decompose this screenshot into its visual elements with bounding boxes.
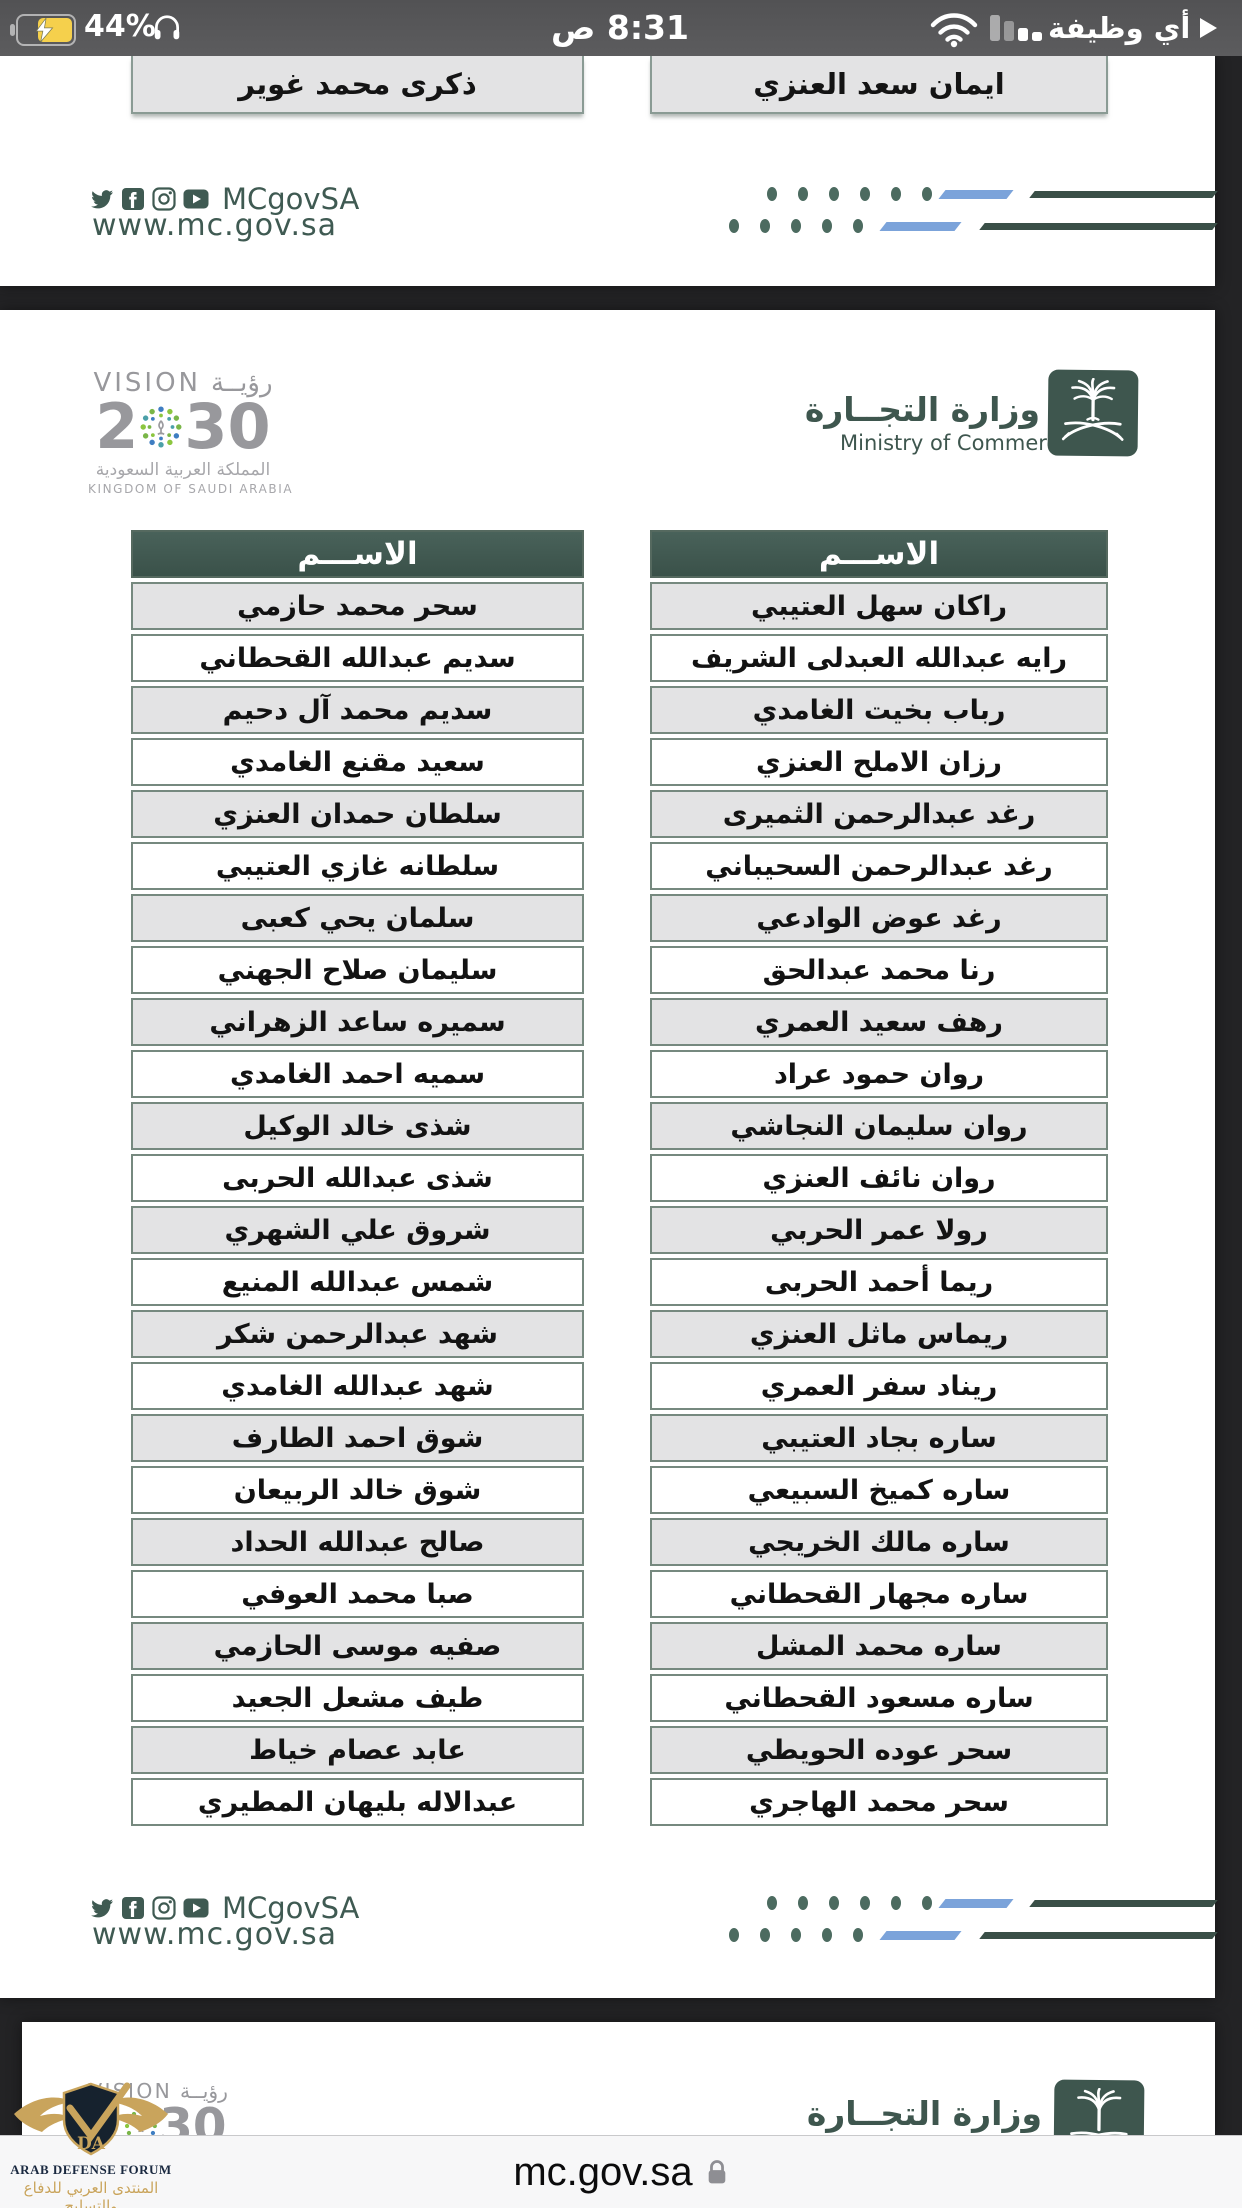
- table-row: سلطان حمدان العنزي: [131, 790, 584, 838]
- footer-decor-row-1: [767, 1896, 1215, 1910]
- table-row: ريماس ماثل العنزي: [650, 1310, 1108, 1358]
- vision-kingdom-arabic: المملكة العربية السعودية: [88, 460, 278, 480]
- table-row: روان حمود عراد: [650, 1050, 1108, 1098]
- browser-address-bar[interactable]: mc.gov.sa: [0, 2135, 1242, 2208]
- table-row: سعيد مقنع الغامدي: [131, 738, 584, 786]
- ministry-name-english: Ministry of Commerce: [840, 431, 1040, 455]
- ministry-emblem: [1048, 370, 1139, 457]
- footer-decor-row-1: [767, 187, 1215, 201]
- ministry-logo-text: وزارة التجــارة Ministry of Commerce: [840, 390, 1040, 455]
- table-row: ساره كميخ السبيعي: [650, 1466, 1108, 1514]
- table-row: سحر محمد حازمي: [131, 582, 584, 630]
- table-row: عابد عصام خياط: [131, 1726, 584, 1774]
- battery-percent: 44%: [84, 9, 156, 44]
- table-row: رايه عبدالله العبدلى الشريف: [650, 634, 1108, 682]
- footer-decor-row-2: [729, 1928, 1215, 1942]
- table-row: سليمان صلاح الجهني: [131, 946, 584, 994]
- table-row: رغد عبدالرحمن السحيباني: [650, 842, 1108, 890]
- browser-url[interactable]: mc.gov.sa: [513, 2150, 692, 2195]
- partial-name-cell-right: ايمان سعد العنزي: [650, 56, 1108, 114]
- table-row: ساره محمد المشل: [650, 1622, 1108, 1670]
- table-row: سحر محمد الهاجري: [650, 1778, 1108, 1826]
- table-row: سديم عبدالله القحطاني: [131, 634, 584, 682]
- table-row: صبا محمد العوفي: [131, 1570, 584, 1618]
- ministry-emblem: [1054, 2080, 1145, 2135]
- forum-watermark-logo: DA ARAB DEFENSE FORUM المنتدى العربي للد…: [6, 2080, 176, 2208]
- table-row: رغد عوض الوادعي: [650, 894, 1108, 942]
- lock-icon: [705, 2158, 729, 2188]
- table-row: رغد عبدالرحمن الثميرى: [650, 790, 1108, 838]
- table-row: ساره بجاد العتيبي: [650, 1414, 1108, 1462]
- saudi-palm-swords-icon: [1063, 2088, 1136, 2135]
- charging-bolt-icon: [32, 17, 58, 43]
- table-row: شمس عبدالله المنيع: [131, 1258, 584, 1306]
- table-row: ريناد سفر العمري: [650, 1362, 1108, 1410]
- table-row: رهف سعيد العمري: [650, 998, 1108, 1046]
- svg-text:DA: DA: [77, 2134, 106, 2154]
- ministry-logo-text: وزارة التجــارة: [842, 2094, 1042, 2133]
- watermark-name-arabic: المنتدى العربي للدفاع والتسليح: [6, 2179, 176, 2208]
- saudi-palm-swords-icon: [1057, 378, 1130, 449]
- table-row: شهد عبدالرحمن شكر: [131, 1310, 584, 1358]
- table-row: شهد عبدالله الغامدي: [131, 1362, 584, 1410]
- table-row: شذى خالد الوكيل: [131, 1102, 584, 1150]
- vision-year-left: 2: [95, 398, 138, 456]
- footer-website: www.mc.gov.sa: [92, 208, 337, 243]
- watermark-name-english: ARAB DEFENSE FORUM: [6, 2162, 176, 2178]
- document-page-3: VISION رؤيــة 2 30 وزارة التجــارة: [22, 2022, 1215, 2135]
- carrier-name: أي وظيفة: [1048, 11, 1190, 45]
- vision-2030-logo: VISION رؤيــة 2 30: [88, 368, 278, 496]
- table-row: شذى عبدالله الحربى: [131, 1154, 584, 1202]
- table-row: روان سليمان النجاشي: [650, 1102, 1108, 1150]
- clock: 8:31 ص: [520, 8, 720, 47]
- status-bar: 44% 8:31 ص أي وظيفة: [0, 0, 1242, 56]
- document-page-2: VISION رؤيــة 2 30: [0, 310, 1215, 1998]
- table-row: صالح عبدالله الحداد: [131, 1518, 584, 1566]
- signal-bars-icon: [990, 15, 1046, 41]
- table-row: شروق علي الشهري: [131, 1206, 584, 1254]
- footer-website: www.mc.gov.sa: [92, 1917, 337, 1952]
- table-row: رباب بخيت الغامدي: [650, 686, 1108, 734]
- table-row: سميره ساعد الزهراني: [131, 998, 584, 1046]
- wifi-icon: [930, 12, 978, 48]
- table-row: روان نائف العنزي: [650, 1154, 1108, 1202]
- table-row: سديم محمد آل دحيم: [131, 686, 584, 734]
- table-row: سحر عوده الحويطي: [650, 1726, 1108, 1774]
- battery-icon: [16, 14, 76, 46]
- table-header: الاســـم: [650, 530, 1108, 578]
- names-table-left: الاســـم سحر محمد حازميسديم عبدالله القح…: [131, 530, 584, 1826]
- table-row: سلمان يحي كعبى: [131, 894, 584, 942]
- youtube-icon: [183, 1897, 209, 1919]
- table-row: ساره مسعود القحطاني: [650, 1674, 1108, 1722]
- ministry-name-arabic: وزارة التجــارة: [840, 390, 1040, 429]
- table-header: الاســـم: [131, 530, 584, 578]
- table-row: شوق احمد الطارف: [131, 1414, 584, 1462]
- footer-decor-row-2: [729, 219, 1215, 233]
- names-table-right: الاســـم راكان سهل العتيبيرايه عبدالله ا…: [650, 530, 1108, 1826]
- table-row: ساره مالك الخريجي: [650, 1518, 1108, 1566]
- vision-year-right: 30: [184, 398, 270, 456]
- table-row: راكان سهل العتيبي: [650, 582, 1108, 630]
- table-row: سلطانه غازي العتيبي: [131, 842, 584, 890]
- table-row: ساره مجهار القحطاني: [650, 1570, 1108, 1618]
- play-icon: [1200, 18, 1217, 38]
- youtube-icon: [183, 188, 209, 210]
- vision-emblem-icon: [138, 404, 184, 450]
- table-row: طيف مشعل الجعيد: [131, 1674, 584, 1722]
- headphones-icon: [152, 13, 182, 43]
- table-row: رولا عمر الحربي: [650, 1206, 1108, 1254]
- battery-cap: [10, 24, 15, 36]
- table-row: عبدالاله بليهان المطيري: [131, 1778, 584, 1826]
- document-page-1: ذكرى محمد غوير ايمان سعد العنزي MCgovSA …: [0, 56, 1215, 286]
- table-row: رزان الاملح العنزي: [650, 738, 1108, 786]
- table-row: سميه احمد الغامدي: [131, 1050, 584, 1098]
- partial-name-cell-left: ذكرى محمد غوير: [131, 56, 584, 114]
- table-row: ريما أحمد الحربى: [650, 1258, 1108, 1306]
- vision-kingdom-english: KINGDOM OF SAUDI ARABIA: [88, 482, 278, 496]
- table-row: شوق خالد الربيعان: [131, 1466, 584, 1514]
- table-row: صفيه موسى الحازمي: [131, 1622, 584, 1670]
- ministry-name-arabic: وزارة التجــارة: [842, 2094, 1042, 2133]
- shield-wings-icon: DA: [6, 2080, 176, 2164]
- table-row: رنا محمد عبدالحق: [650, 946, 1108, 994]
